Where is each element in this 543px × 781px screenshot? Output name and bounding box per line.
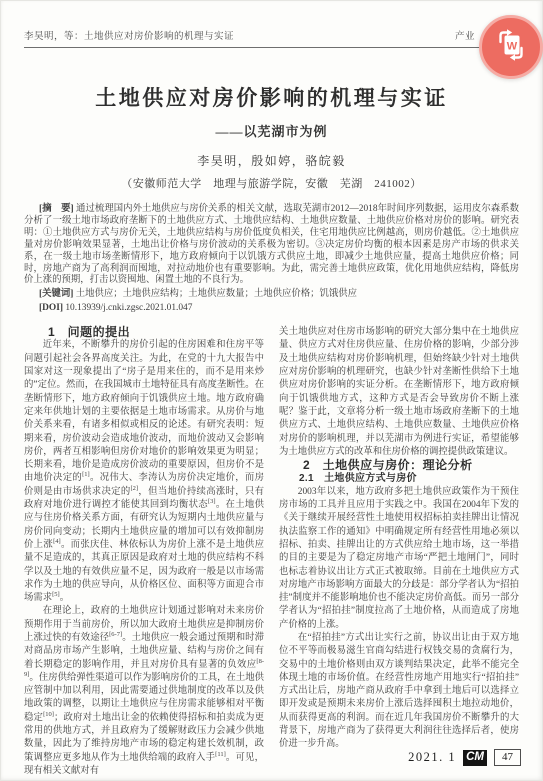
paragraph: 在“招拍挂”方式出让实行之前，协议出让由于双方地位不平等而极易滋生官商勾结进行权…	[279, 632, 519, 752]
svg-text:W: W	[507, 40, 518, 52]
doi-label: [DOI]	[39, 303, 63, 313]
page-footer: 2021. 1 CM 47	[408, 749, 521, 766]
paper-subtitle: ——以芜湖市为例	[0, 121, 543, 140]
abstract-text: 通过梳理国内外土地供应与房价关系的相关文献，选取芜湖市2012—2018年时间序…	[24, 204, 519, 285]
page-number: 47	[494, 749, 521, 766]
left-column: 1 问题的提出 近年来，不断攀升的房价引起的住房困难和住房平等问题引起社会各界高…	[24, 326, 264, 778]
paragraph: 近年来，不断攀升的房价引起的住房困难和住房平等问题引起社会各界高度关注。为此，在…	[24, 339, 264, 605]
section-2-heading: 2 土地供应与房价：理论分析	[279, 459, 519, 472]
journal-logo: CM	[463, 750, 487, 766]
section-1-heading: 1 问题的提出	[24, 326, 264, 339]
paragraph: 关土地供应对住房市场影响的研究大部分集中在土地供应量、供应方式对住房供应量、住房…	[279, 326, 519, 459]
paper-title: 土地供应对房价影响的机理与实证	[30, 82, 513, 112]
section-2-1-heading: 2.1 土地供应方式与房价	[279, 472, 519, 485]
running-head-left: 李昊明，等：土地供应对房价影响的机理与实证	[24, 28, 234, 42]
running-head: 李昊明，等：土地供应对房价影响的机理与实证 产业	[24, 28, 519, 48]
doc-convert-icon: W	[491, 25, 531, 70]
authors: 李昊明，殷如婷，骆皖毅	[0, 152, 543, 169]
abstract: [摘 要] 通过梳理国内外土地供应与房价关系的相关文献，选取芜湖市2012—20…	[24, 204, 519, 287]
keywords-label: [关键词]	[39, 289, 73, 299]
paragraph: 在理论上，政府的土地供应计划通过影响对未来房价预期作用于当前房价，所以加大政府土…	[24, 605, 264, 778]
running-head-right: 产业	[455, 28, 475, 42]
right-column: 关土地供应对住房市场影响的研究大部分集中在土地供应量、供应方式对住房供应量、住房…	[279, 326, 519, 778]
doc-convert-button[interactable]: W	[479, 15, 543, 79]
doi-text: 10.13939/j.cnki.zgsc.2021.01.047	[65, 303, 192, 313]
paper-page: 李昊明，等：土地供应对房价影响的机理与实证 产业 W 土地供应对房价影响的机理与…	[0, 0, 543, 781]
keywords: [关键词] 土地供应；土地供应结构；土地供应数量；土地供应价格；饥饿供应	[24, 289, 519, 301]
doi-line: [DOI] 10.13939/j.cnki.zgsc.2021.01.047	[24, 303, 519, 315]
abstract-label: [摘 要]	[39, 204, 74, 214]
affiliation: （安徽师范大学 地理与旅游学院，安徽 芜湖 241002）	[0, 175, 543, 191]
two-column-body: 1 问题的提出 近年来，不断攀升的房价引起的住房困难和住房平等问题引起社会各界高…	[24, 326, 519, 778]
keywords-text: 土地供应；土地供应结构；土地供应数量；土地供应价格；饥饿供应	[76, 289, 357, 299]
issue-label: 2021. 1	[408, 750, 456, 765]
paragraph: 2003年以来，地方政府多把土地供应政策作为干预住房市场的工具并且应用于实践之中…	[279, 486, 519, 632]
